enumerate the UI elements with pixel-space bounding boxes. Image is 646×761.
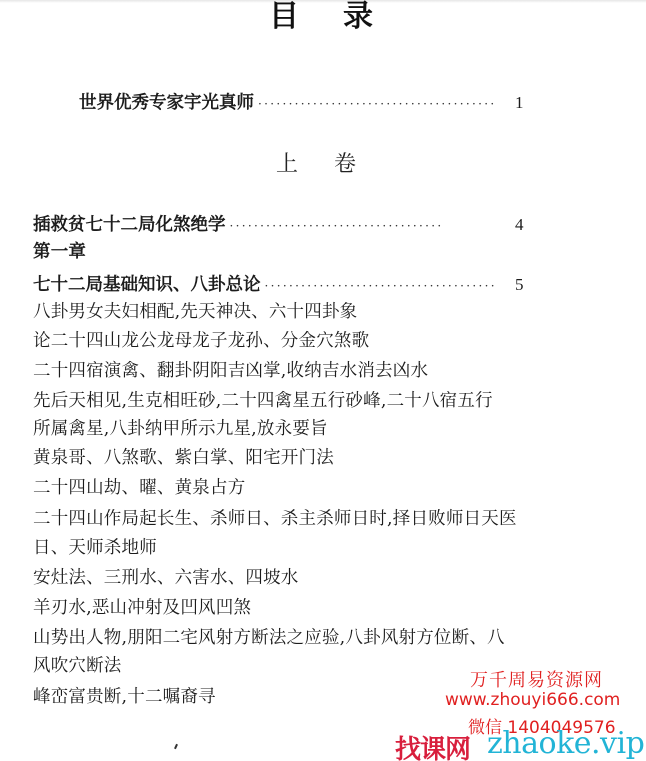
volume-heading: 上卷 — [0, 150, 646, 180]
toc-page-number: 4 — [515, 214, 529, 236]
topic-line: 所属禽星,八卦纳甲所示九星,放永要旨 — [33, 418, 328, 440]
dot-leader: ··································· — [230, 215, 510, 237]
chapter-heading: 第一章 — [33, 241, 86, 263]
topic-line: 羊刃水,恶山冲射及凹风凹煞 — [33, 597, 251, 619]
topic-line: 论二十四山龙公龙母龙子龙孙、分金穴煞歌 — [33, 330, 369, 352]
topic-line: 八卦男女夫妇相配,先天神决、六十四卦象 — [33, 301, 357, 323]
topic-line: 二十四宿演禽、翻卦阴阳吉凶掌,收纳吉水消去凶水 — [33, 360, 428, 382]
topic-line: 二十四山劫、曜、黄泉占方 — [33, 477, 245, 499]
toc-page-number: 1 — [515, 92, 529, 114]
page-title: 目录 — [0, 0, 646, 34]
topic-line: 日、天师杀地师 — [33, 537, 157, 559]
topic-line: 风吹穴断法 — [33, 655, 122, 677]
topic-line: 安灶法、三刑水、六害水、四坡水 — [33, 567, 299, 589]
toc-entry-section-1[interactable]: 插救贫七十二局化煞绝学 ····························… — [33, 214, 529, 237]
dot-leader: ······································ — [265, 275, 510, 297]
toc-entry-label: 世界优秀专家宇光真师 — [79, 92, 254, 114]
topic-line: 二十四山作局起长生、杀师日、杀主杀师日时,择日败师日天医 — [33, 508, 517, 530]
topic-line: 黄泉哥、八煞歌、紫白掌、阳宅开门法 — [33, 447, 334, 469]
scan-artifact-mark — [174, 744, 178, 749]
toc-entry-chapter-1[interactable]: 七十二局基础知识、八卦总论 ··························… — [33, 274, 529, 297]
watermark-site-url: www.zhouyi666.com — [445, 690, 620, 710]
watermark-brand-cn: 找课网 — [395, 729, 470, 761]
toc-entry-label: 七十二局基础知识、八卦总论 — [33, 274, 261, 296]
topic-line: 峰峦富贵断,十二嘱裔寻 — [33, 686, 216, 708]
toc-page-number: 5 — [515, 274, 529, 296]
dot-leader: ······································· — [258, 93, 509, 115]
toc-entry-label: 插救贫七十二局化煞绝学 — [33, 214, 226, 236]
watermark-site-name: 万千周易资源网 — [470, 666, 603, 692]
topic-line: 先后天相见,生克相旺砂,二十四禽星五行砂峰,二十八宿五行 — [33, 390, 493, 412]
watermark-brand-domain: zhaoke.vip — [487, 726, 644, 761]
toc-entry-front-1[interactable]: 世界优秀专家宇光真师 ·····························… — [79, 92, 529, 115]
topic-line: 山势出人物,朋阳二宅风射方断法之应验,八卦风射方位断、八 — [33, 627, 505, 649]
